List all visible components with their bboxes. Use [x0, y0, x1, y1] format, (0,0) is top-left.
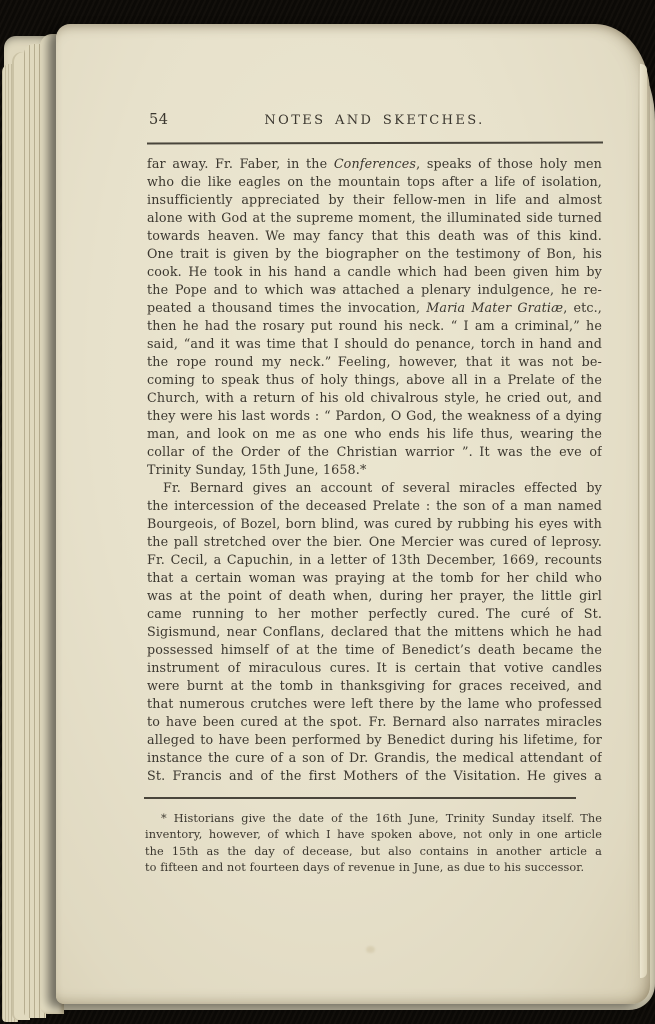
text-line: alleged to have been performed by Benedi…	[147, 731, 602, 749]
text-line: to fifteen and not fourteen days of reve…	[145, 860, 602, 876]
text-line: towards heaven. We may fancy that this d…	[147, 227, 602, 245]
text-line: the pall stretched over the bier. One Me…	[147, 533, 602, 551]
text-line: that a certain woman was praying at the …	[147, 569, 602, 587]
text-line: instance the cure of a son of Dr. Grandi…	[147, 749, 602, 767]
text-line: the rope round my neck.” Feeling, howeve…	[147, 353, 602, 371]
text-line: was at the point of death when, during h…	[147, 587, 602, 605]
text-line: far away. Fr. Faber, in the Conferences,…	[147, 155, 602, 173]
text-line: coming to speak thus of holy things, abo…	[147, 371, 602, 389]
text-line: Fr. Cecil, a Capuchin, in a letter of 13…	[147, 551, 602, 569]
text-line: alone with God at the supreme moment, th…	[147, 209, 602, 227]
text-line: * Historians give the date of the 16th J…	[145, 811, 602, 827]
text-line: cook. He took in his hand a candle which…	[147, 263, 602, 281]
text-line: Trinity Sunday, 15th June, 1658.*	[147, 461, 602, 479]
photograph-of-book-page: { "book_page": { "page_number": "54", "r…	[0, 0, 655, 1024]
text-line: Fr. Bernard gives an account of several …	[147, 479, 602, 497]
text-line: the Pope and to which was attached a ple…	[147, 281, 602, 299]
running-header: NOTES AND SKETCHES.	[147, 112, 602, 128]
footnote-text: * Historians give the date of the 16th J…	[145, 811, 602, 876]
text-line: Church, with a return of his old chivalr…	[147, 389, 602, 407]
footnote-rule	[144, 797, 576, 799]
text-line: insufficiently appreciated by their fell…	[147, 191, 602, 209]
text-line: that numerous crutches were left there b…	[147, 695, 602, 713]
text-line: came running to her mother perfectly cur…	[147, 605, 602, 623]
text-line: Sigismund, near Conflans, declared that …	[147, 623, 602, 641]
text-line: then he had the rosary put round his nec…	[147, 317, 602, 335]
page-number: 54	[149, 112, 168, 128]
text-line: collar of the Order of the Christian war…	[147, 443, 602, 461]
text-line: the intercession of the deceased Prelate…	[147, 497, 602, 515]
text-line: said, “and it was time that I should do …	[147, 335, 602, 353]
text-line: instrument of miraculous cures. It is ce…	[147, 659, 602, 677]
text-line: man, and look on me as one who ends his …	[147, 425, 602, 443]
text-line: were burnt at the tomb in thanksgiving f…	[147, 677, 602, 695]
text-line: the 15th as the day of decease, but also…	[145, 844, 602, 860]
text-line: peated a thousand times the invocation, …	[147, 299, 602, 317]
text-line: they were his last words : “ Pardon, O G…	[147, 407, 602, 425]
text-line: possessed himself of at the time of Bene…	[147, 641, 602, 659]
text-line: inventory, however, of which I have spok…	[145, 827, 602, 843]
text-line: Bourgeois, of Bozel, born blind, was cur…	[147, 515, 602, 533]
text-line: One trait is given by the biographer on …	[147, 245, 602, 263]
text-line: to have been cured at the spot. Fr. Bern…	[147, 713, 602, 731]
text-line: St. Francis and of the first Mothers of …	[147, 767, 602, 785]
body-text: far away. Fr. Faber, in the Conferences,…	[147, 155, 602, 785]
paper-stain	[366, 946, 375, 953]
text-line: who die like eagles on the mountain tops…	[147, 173, 602, 191]
page-header: 54 NOTES AND SKETCHES.	[147, 112, 602, 132]
